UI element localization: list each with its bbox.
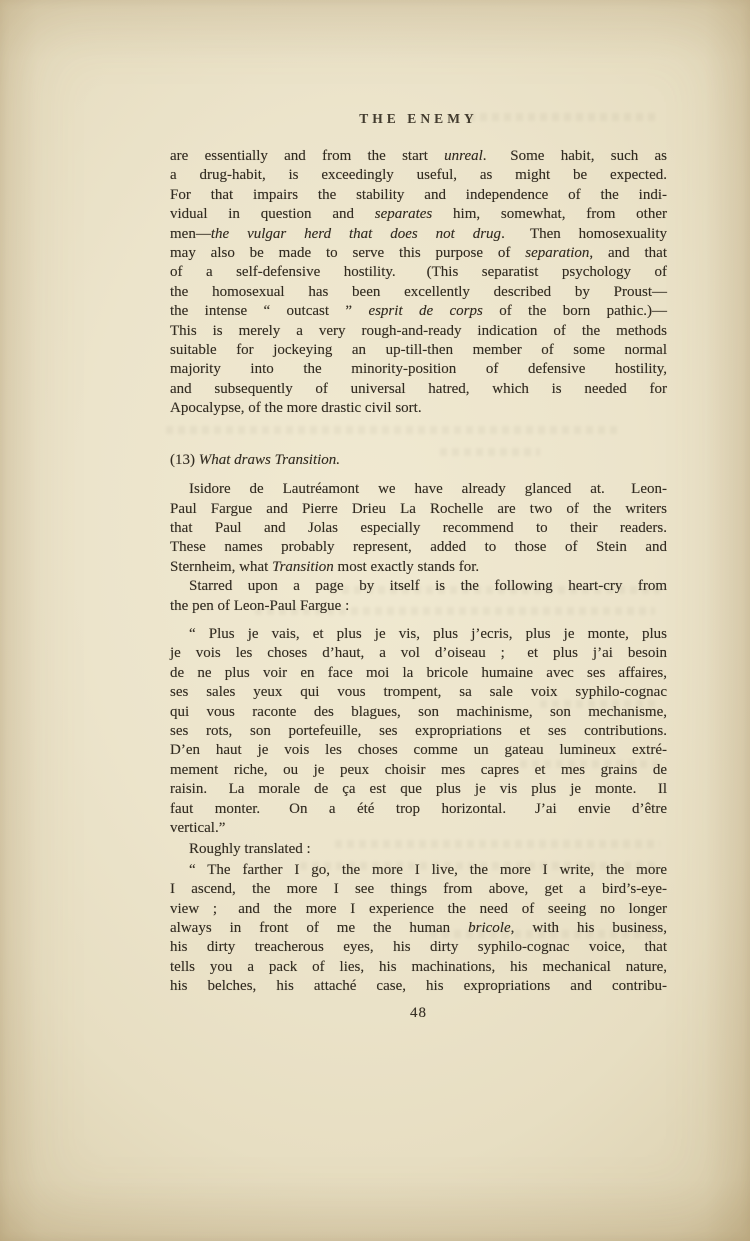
paragraph-fargue-quote-english: “ The farther I go, the more I live, the… [170, 861, 667, 997]
text-line: “ The farther I go, the more I live, the… [170, 861, 667, 880]
text-line: je vois les choses d’haut, a vol d’oisea… [170, 644, 667, 663]
section-heading-13: (13) What draws Transition. [170, 451, 667, 470]
text-line: always in front of me the human bricole,… [170, 919, 667, 938]
text-line: the homosexual has been excellently desc… [170, 283, 667, 302]
page-number: 48 [170, 1005, 667, 1022]
text-line: vertical.” [170, 819, 667, 838]
text-line: mement riche, ou je peux choisir mes cap… [170, 761, 667, 780]
text-line: qui vous raconte des blagues, son machin… [170, 703, 667, 722]
text-line: Roughly translated : [170, 840, 667, 859]
text-line: view ; and the more I experience the nee… [170, 900, 667, 919]
text-line: of a self-defensive hostility. (This sep… [170, 263, 667, 282]
paragraph-fargue-quote-french: “ Plus je vais, et plus je vis, plus j’e… [170, 625, 667, 838]
text-line: Apocalypse, of the more drastic civil so… [170, 399, 667, 418]
text-line: ses sales yeux qui vous trompent, sa sal… [170, 683, 667, 702]
paragraph-drug-habit: are essentially and from the start unrea… [170, 147, 667, 419]
text-line: are essentially and from the start unrea… [170, 147, 667, 166]
paragraph-starred-page: Starred upon a page by itself is the fol… [170, 577, 667, 616]
text-line: These names probably represent, added to… [170, 538, 667, 557]
text-line: Isidore de Lautréamont we have already g… [170, 480, 667, 499]
text-line: the intense “ outcast ” esprit de corps … [170, 302, 667, 321]
running-header: THE ENEMY [170, 111, 667, 127]
text-line: the pen of Leon-Paul Fargue : [170, 597, 667, 616]
text-line: majority into the minority-position of d… [170, 360, 667, 379]
text-line: Sternheim, what Transition most exactly … [170, 558, 667, 577]
text-line: Starred upon a page by itself is the fol… [170, 577, 667, 596]
text-line: This is merely a very rough-and-ready in… [170, 322, 667, 341]
text-line: a drug-habit, is exceedingly useful, as … [170, 166, 667, 185]
text-line: raisin. La morale de ça est que plus je … [170, 780, 667, 799]
book-page: THE ENEMY are essentially and from the s… [0, 0, 750, 1241]
text-line: vidual in question and separates him, so… [170, 205, 667, 224]
text-line: men—the vulgar herd that does not drug. … [170, 225, 667, 244]
text-line: his dirty treacherous eyes, his dirty sy… [170, 938, 667, 957]
text-line: his belches, his attaché case, his expro… [170, 977, 667, 996]
text-line: I ascend, the more I see things from abo… [170, 880, 667, 899]
text-line: Paul Fargue and Pierre Drieu La Rochelle… [170, 500, 667, 519]
text-line: faut monter. On a été trop horizontal. J… [170, 800, 667, 819]
text-line: de ne plus voir en face moi la bricole h… [170, 664, 667, 683]
paragraph-roughly-translated: Roughly translated : [170, 840, 667, 859]
text-line: suitable for jockeying an up-till-then m… [170, 341, 667, 360]
text-line: D’en haut je vois les choses comme un ga… [170, 741, 667, 760]
text-column: are essentially and from the start unrea… [170, 147, 667, 997]
text-line: tells you a pack of lies, his machinatio… [170, 958, 667, 977]
text-line: (13) What draws Transition. [170, 451, 667, 470]
text-line: and subsequently of universal hatred, wh… [170, 380, 667, 399]
text-line: that Paul and Jolas especially recommend… [170, 519, 667, 538]
text-line: For that impairs the stability and indep… [170, 186, 667, 205]
text-line: “ Plus je vais, et plus je vis, plus j’e… [170, 625, 667, 644]
paragraph-transition-writers: Isidore de Lautréamont we have already g… [170, 480, 667, 577]
text-line: ses rots, son portefeuille, ses expropri… [170, 722, 667, 741]
text-line: may also be made to serve this purpose o… [170, 244, 667, 263]
